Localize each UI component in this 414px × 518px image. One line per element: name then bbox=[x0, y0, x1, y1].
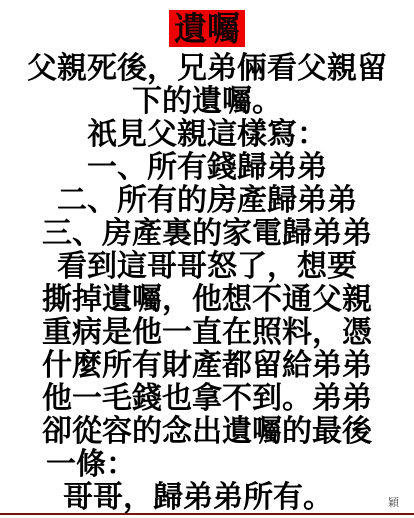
watermark-signature: 穎 bbox=[388, 498, 399, 509]
bottom-divider-line bbox=[0, 513, 414, 515]
story-line: 一條： bbox=[0, 448, 414, 481]
title-line: 遺囑 bbox=[0, 10, 414, 50]
story-line: 哥哥，歸弟弟所有。 bbox=[0, 481, 414, 514]
story-line: 二、所有的房產歸弟弟 bbox=[0, 184, 414, 217]
story-line: 祇見父親這樣寫： bbox=[0, 118, 414, 151]
story-line: 父親死後，兄弟倆看父親留 bbox=[0, 52, 414, 85]
story-line: 三、房產裏的家電歸弟弟 bbox=[0, 217, 414, 250]
page: 遺囑 父親死後，兄弟倆看父親留 下的遺囑。 祇見父親這樣寫： 一、所有錢歸弟弟 … bbox=[0, 0, 414, 518]
story-line: 他一毛錢也拿不到。弟弟 bbox=[0, 382, 414, 415]
story-line: 一、所有錢歸弟弟 bbox=[0, 151, 414, 184]
story-line: 撕掉遺囑，他想不通父親 bbox=[0, 283, 414, 316]
story-line: 下的遺囑。 bbox=[0, 85, 414, 118]
story-line: 卻從容的念出遺囑的最後 bbox=[0, 415, 414, 448]
story-line: 重病是他一直在照料，憑 bbox=[0, 316, 414, 349]
page-title: 遺囑 bbox=[169, 10, 245, 47]
story-line: 什麼所有財產都留給弟弟 bbox=[0, 349, 414, 382]
story-text-block: 遺囑 父親死後，兄弟倆看父親留 下的遺囑。 祇見父親這樣寫： 一、所有錢歸弟弟 … bbox=[0, 0, 414, 514]
story-line: 看到這哥哥怒了，想要 bbox=[0, 250, 414, 283]
